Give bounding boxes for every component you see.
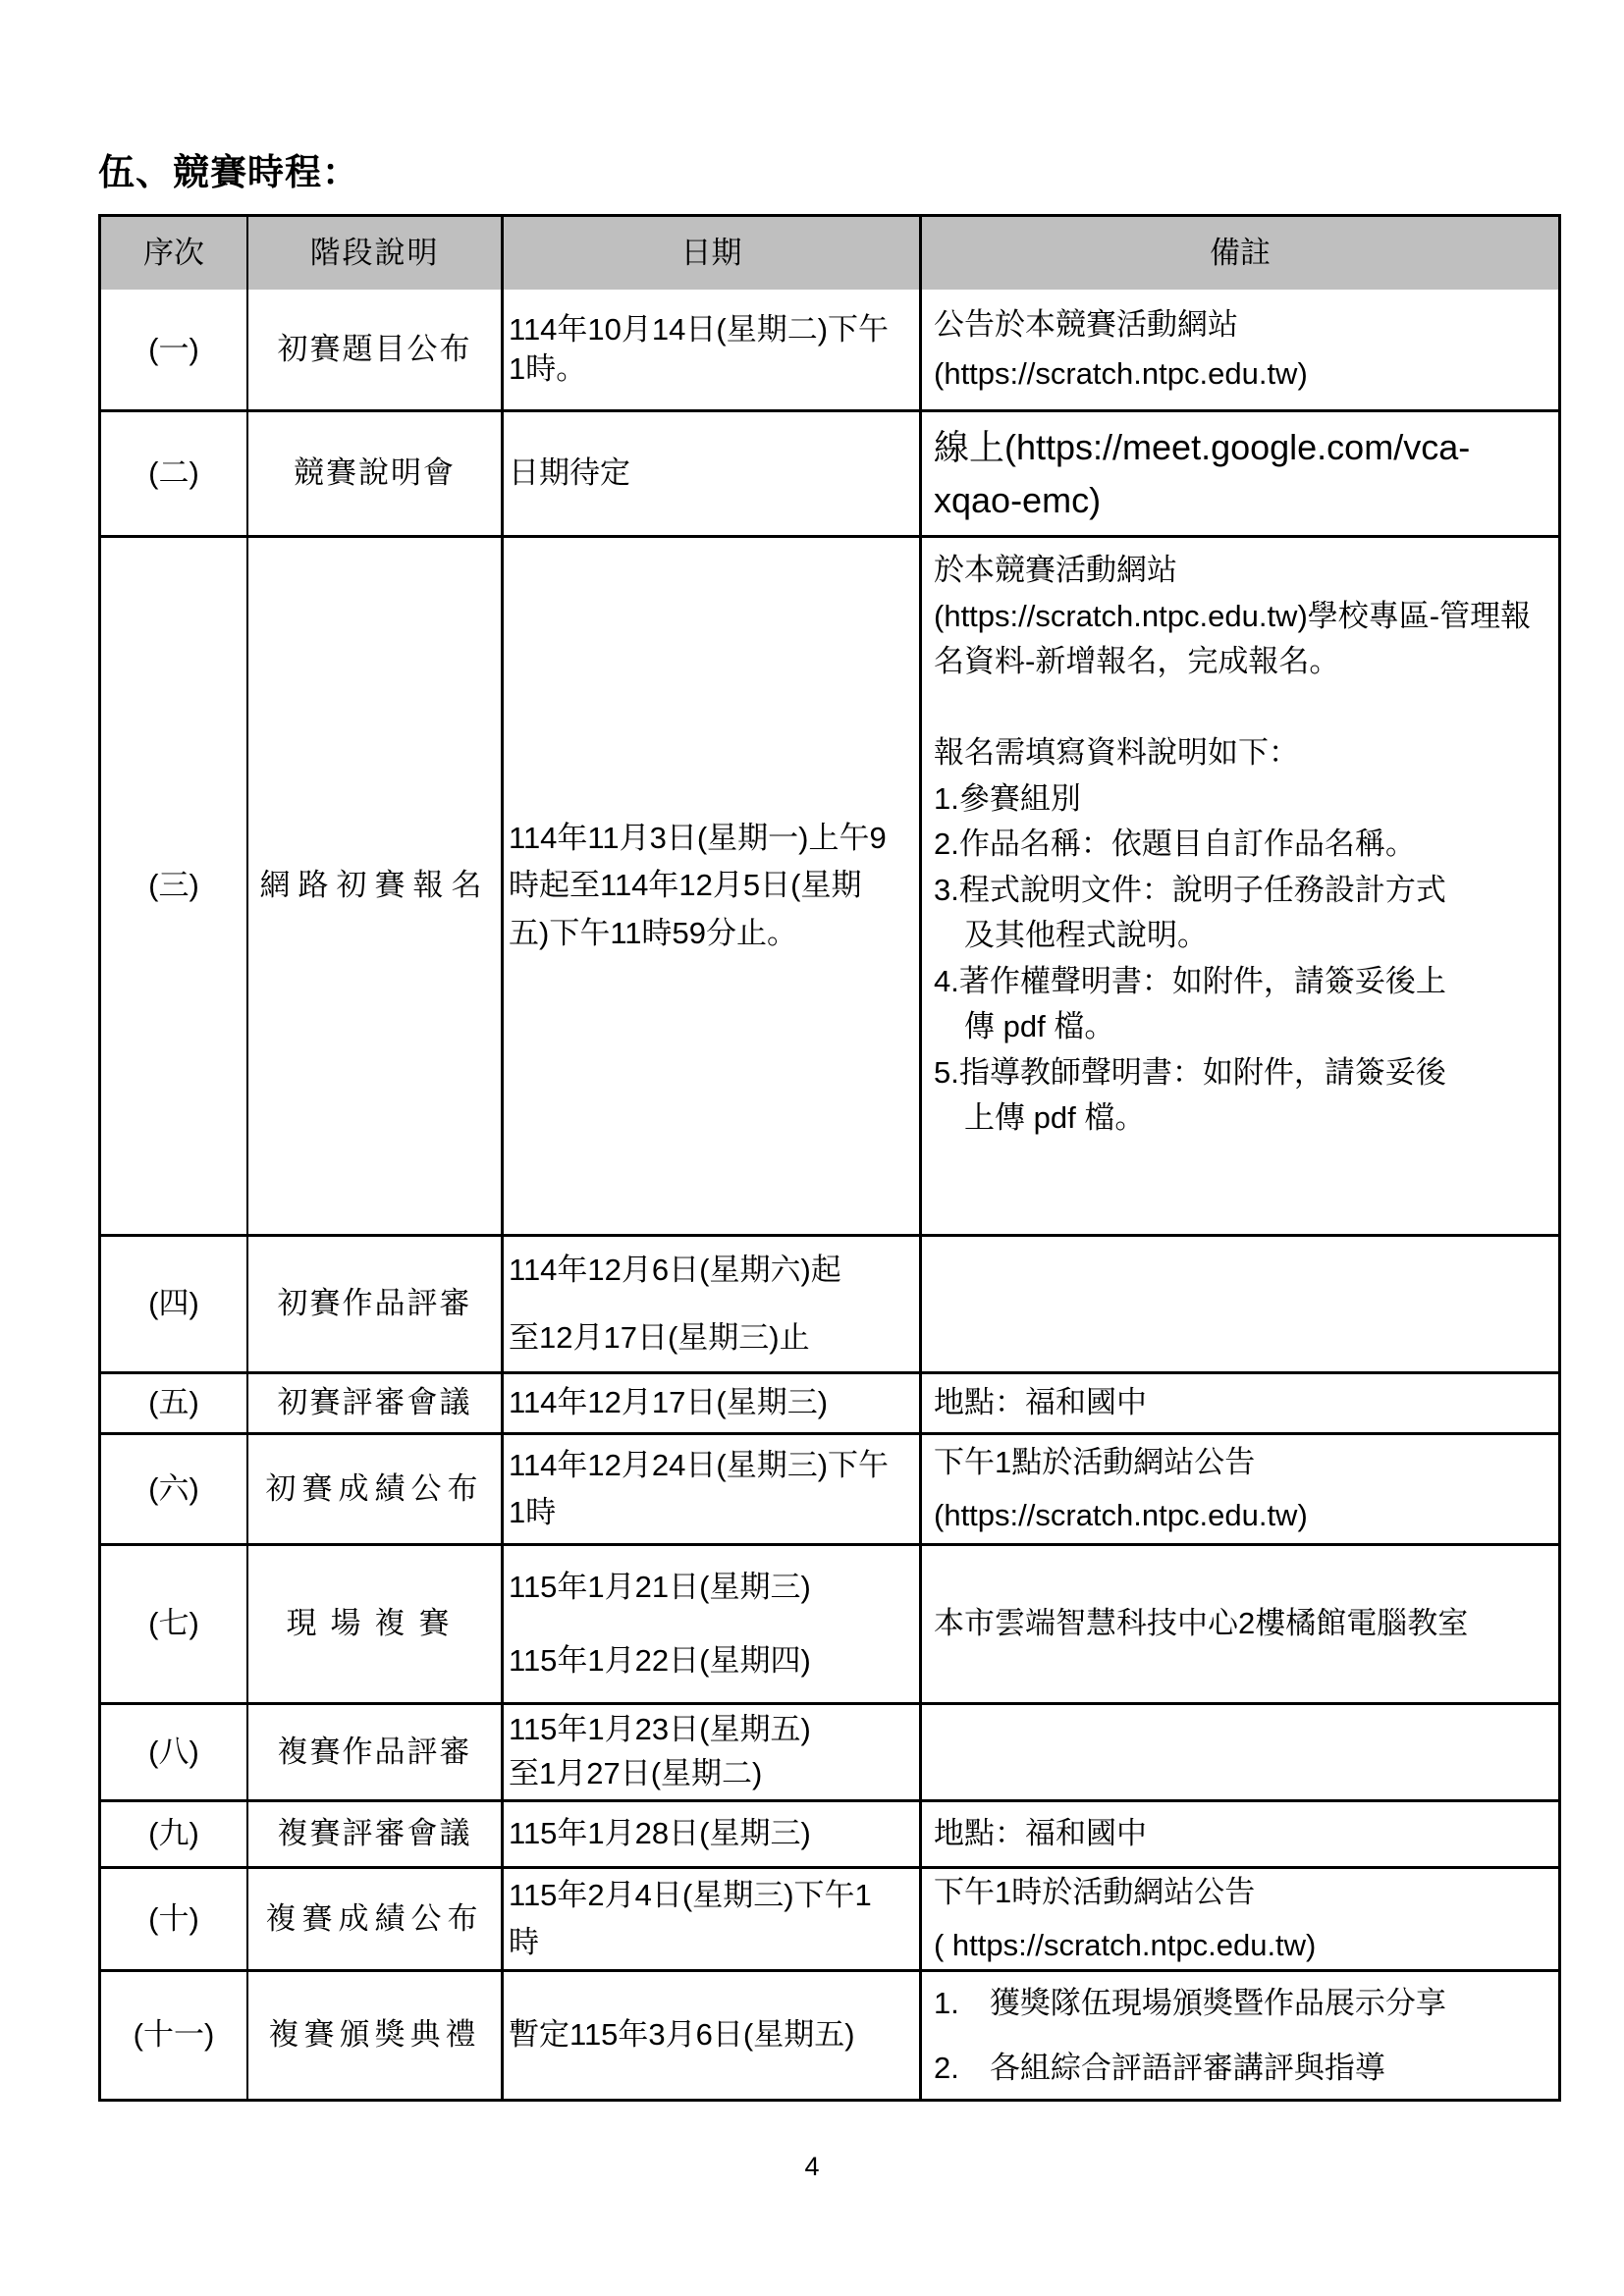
table-row: (九)複賽評審會議115年1月28日(星期三)地點：福和國中 <box>101 1799 1558 1866</box>
cell-remark: 線上(https://meet.google.com/vca- xqao-emc… <box>922 412 1558 535</box>
cell-stage: 初賽評審會議 <box>248 1374 504 1432</box>
cell-seq: (五) <box>101 1374 248 1432</box>
cell-remark: 地點：福和國中 <box>922 1374 1558 1432</box>
cell-date: 114年12月24日(星期三)下午 1時 <box>504 1435 922 1543</box>
cell-stage: 複賽作品評審 <box>248 1705 504 1799</box>
cell-remark: 公告於本競賽活動網站 (https://scratch.ntpc.edu.tw) <box>922 290 1558 409</box>
cell-seq: (七) <box>101 1546 248 1702</box>
cell-remark <box>922 1705 1558 1799</box>
cell-seq: (九) <box>101 1802 248 1866</box>
cell-remark: 下午1點於活動網站公告 (https://scratch.ntpc.edu.tw… <box>922 1435 1558 1543</box>
cell-remark <box>922 1237 1558 1371</box>
table-row: (六)初賽成績公布114年12月24日(星期三)下午 1時下午1點於活動網站公告… <box>101 1432 1558 1543</box>
table-header-row: 序次 階段說明 日期 備註 <box>101 217 1558 290</box>
cell-stage: 現場複賽 <box>248 1546 504 1702</box>
table-row: (八)複賽作品評審115年1月23日(星期五) 至1月27日(星期二) <box>101 1702 1558 1799</box>
cell-date: 114年12月17日(星期三) <box>504 1374 922 1432</box>
header-seq: 序次 <box>101 217 248 290</box>
table-row: (一)初賽題目公布114年10月14日(星期二)下午 1時。公告於本競賽活動網站… <box>101 290 1558 409</box>
cell-seq: (十) <box>101 1869 248 1969</box>
cell-date: 115年2月4日(星期三)下午1 時 <box>504 1869 922 1969</box>
cell-stage: 複賽成績公布 <box>248 1869 504 1969</box>
table-row: (七)現場複賽115年1月21日(星期三) 115年1月22日(星期四)本市雲端… <box>101 1543 1558 1702</box>
cell-seq: (六) <box>101 1435 248 1543</box>
cell-stage: 競賽說明會 <box>248 412 504 535</box>
cell-remark: 地點：福和國中 <box>922 1802 1558 1866</box>
table-row: (二)競賽說明會日期待定線上(https://meet.google.com/v… <box>101 409 1558 535</box>
cell-remark: 1. 獲獎隊伍現場頒獎暨作品展示分享 2. 各組綜合評語評審講評與指導 <box>922 1972 1558 2099</box>
table-row: (三)網路初賽報名114年11月3日(星期一)上午9 時起至114年12月5日(… <box>101 535 1558 1234</box>
cell-date: 暫定115年3月6日(星期五) <box>504 1972 922 2099</box>
page-title: 伍、競賽時程： <box>98 142 359 195</box>
cell-stage: 初賽作品評審 <box>248 1237 504 1371</box>
cell-stage: 初賽題目公布 <box>248 290 504 409</box>
cell-seq: (二) <box>101 412 248 535</box>
cell-date: 115年1月23日(星期五) 至1月27日(星期二) <box>504 1705 922 1799</box>
cell-stage: 初賽成績公布 <box>248 1435 504 1543</box>
cell-seq: (十一) <box>101 1972 248 2099</box>
cell-date: 114年11月3日(星期一)上午9 時起至114年12月5日(星期 五)下午11… <box>504 538 922 1234</box>
cell-seq: (四) <box>101 1237 248 1371</box>
cell-date: 114年10月14日(星期二)下午 1時。 <box>504 290 922 409</box>
schedule-table-body: (一)初賽題目公布114年10月14日(星期二)下午 1時。公告於本競賽活動網站… <box>101 290 1558 2099</box>
table-row: (十)複賽成績公布115年2月4日(星期三)下午1 時下午1時於活動網站公告 (… <box>101 1866 1558 1969</box>
header-date: 日期 <box>504 217 922 290</box>
cell-seq: (三) <box>101 538 248 1234</box>
cell-date: 115年1月21日(星期三) 115年1月22日(星期四) <box>504 1546 922 1702</box>
header-stage: 階段說明 <box>248 217 504 290</box>
header-remark: 備註 <box>922 217 1558 290</box>
page-number: 4 <box>0 2152 1624 2182</box>
cell-date: 115年1月28日(星期三) <box>504 1802 922 1866</box>
cell-seq: (一) <box>101 290 248 409</box>
cell-remark: 本市雲端智慧科技中心2樓橘館電腦教室 <box>922 1546 1558 1702</box>
table-row: (四)初賽作品評審114年12月6日(星期六)起 至12月17日(星期三)止 <box>101 1234 1558 1371</box>
cell-remark: 下午1時於活動網站公告 ( https://scratch.ntpc.edu.t… <box>922 1869 1558 1969</box>
competition-schedule-table: 序次 階段說明 日期 備註 (一)初賽題目公布114年10月14日(星期二)下午… <box>98 214 1561 2102</box>
cell-stage: 網路初賽報名 <box>248 538 504 1234</box>
cell-date: 日期待定 <box>504 412 922 535</box>
table-row: (五)初賽評審會議114年12月17日(星期三)地點：福和國中 <box>101 1371 1558 1432</box>
cell-remark: 於本競賽活動網站 (https://scratch.ntpc.edu.tw)學校… <box>922 538 1558 1234</box>
cell-seq: (八) <box>101 1705 248 1799</box>
cell-stage: 複賽頒獎典禮 <box>248 1972 504 2099</box>
cell-date: 114年12月6日(星期六)起 至12月17日(星期三)止 <box>504 1237 922 1371</box>
table-row: (十一)複賽頒獎典禮暫定115年3月6日(星期五)1. 獲獎隊伍現場頒獎暨作品展… <box>101 1969 1558 2099</box>
cell-stage: 複賽評審會議 <box>248 1802 504 1866</box>
